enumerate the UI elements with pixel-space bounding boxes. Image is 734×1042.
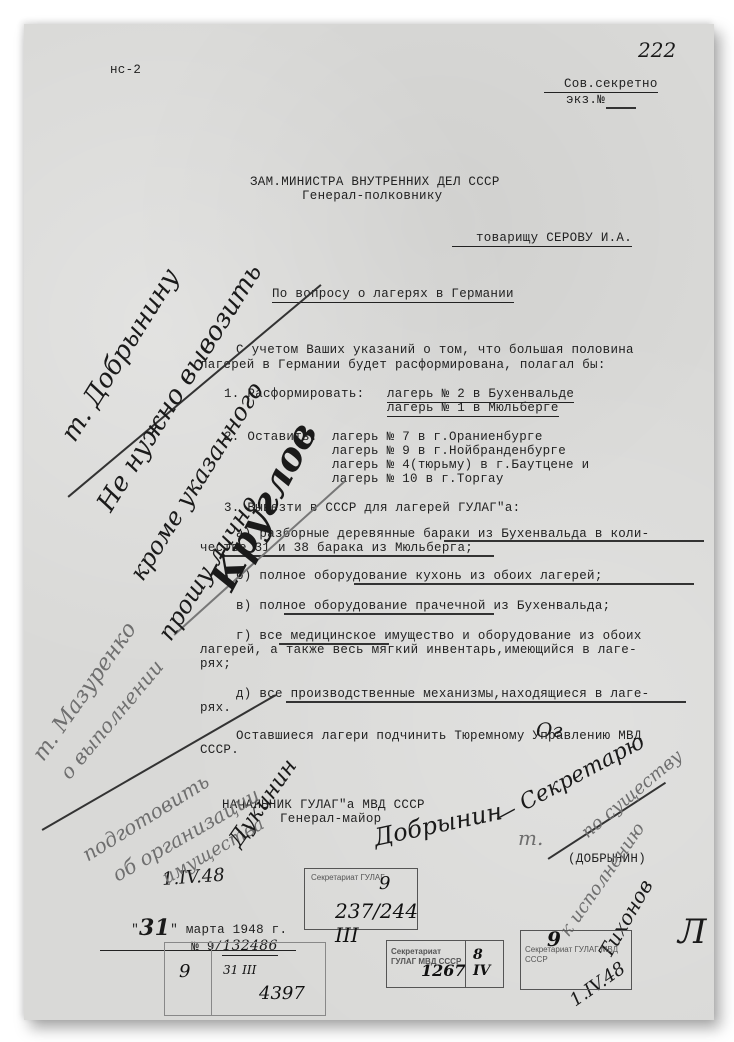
item3-sub-g-line3: рях;: [200, 658, 231, 671]
registry-stamp-4: 9 31 III 4397: [164, 942, 326, 1016]
stamp-2-number: 1267: [421, 961, 466, 980]
stamp-2-date: 8 IV: [473, 947, 503, 979]
registry-stamp-3: Секретариат ГУЛАГ МВД СССР 9: [520, 930, 632, 990]
item2-line3: лагерь № 4(тюрьму) в г.Баутцене и: [332, 459, 589, 472]
registry-stamp-1: Секретариат ГУЛАГ 9 237/244 III: [304, 868, 418, 930]
item2-line2: лагерь № 9 в г.Нойбранденбурге: [332, 445, 566, 458]
closing-line2: СССР.: [200, 744, 239, 757]
underline-sub-v: [284, 613, 494, 615]
item3-sub-v: в) полное оборудование прачечной из Бухе…: [236, 600, 610, 613]
handwritten-initial: Л: [678, 912, 706, 952]
item3-sub-g-line1: г) все медицинское имущество и оборудова…: [236, 630, 642, 643]
intro-line1: С учетом Ваших указаний о том, что больш…: [236, 344, 634, 357]
stamp-4-handwritten: 4397: [259, 983, 305, 1004]
item1-line2: лагерь № 1 в Мюльберге: [387, 402, 559, 417]
intro-line2: лагерей в Германии будет расформирована,…: [200, 359, 606, 372]
classification-label: Сов.секретно: [544, 78, 658, 93]
item3-sub-a-line1: а) разборные деревянные бараки из Бухенв…: [236, 528, 649, 541]
stamp-3-number: 9: [547, 927, 561, 951]
stamp-1-label: Секретариат ГУЛАГ: [311, 873, 385, 882]
registry-stamp-2: Секретариат ГУЛАГ МВД СССР 1267 8 IV: [386, 940, 504, 988]
underline-sub-a2: [224, 555, 494, 557]
item2-line1: лагерь № 7 в г.Ораниенбурге: [332, 431, 543, 444]
handwritten-small-note: Ог: [536, 718, 563, 742]
copy-number-blank: [606, 107, 636, 109]
item3-sub-b: б) полное оборудование кухонь из обоих л…: [236, 570, 603, 583]
item3-sub-d-line1: д) все производственные механизмы,находя…: [236, 688, 649, 701]
addressee-line1: ЗАМ.МИНИСТРА ВНУТРЕННИХ ДЕЛ СССР: [250, 176, 500, 189]
addressee-line2: Генерал-полковнику: [302, 190, 442, 203]
document-page: 222 нс-2 Сов.секретно экз.№ ЗАМ.МИНИСТРА…: [24, 24, 714, 1020]
underline-sub-d: [286, 701, 686, 703]
item2-line4: лагерь № 10 в г.Торгау: [332, 473, 504, 486]
date-quote-open: ": [131, 923, 139, 937]
copy-number-label: экз.№: [566, 94, 605, 107]
underline-sub-g: [279, 643, 389, 645]
handwritten-dash-note: — Секретарю: [490, 729, 649, 829]
stamp-4-number: 9: [179, 961, 190, 982]
stamp-3-label: Секретариат ГУЛАГ МВД СССР: [525, 945, 625, 965]
signature-title2: Генерал-майор: [280, 813, 381, 826]
stamp-4-sub: 31 III: [223, 963, 256, 977]
addressee-name: товарищу СЕРОВУ И.А.: [452, 232, 632, 247]
item3-sub-g-line2: лагерей, а также весь мягкий инвентарь,и…: [200, 644, 637, 657]
item3-sub-d-line2: рях.: [200, 702, 231, 715]
underline-sub-a: [444, 540, 704, 542]
page-number-handwritten: 222: [638, 38, 676, 62]
underline-sub-b: [354, 583, 694, 585]
closing-line1: Оставшиеся лагери подчинить Тюремному Уп…: [236, 730, 642, 743]
stamp-1-number: 9: [379, 873, 390, 894]
form-code: нс-2: [110, 64, 141, 77]
handwritten-right-note1: т.: [518, 826, 543, 850]
